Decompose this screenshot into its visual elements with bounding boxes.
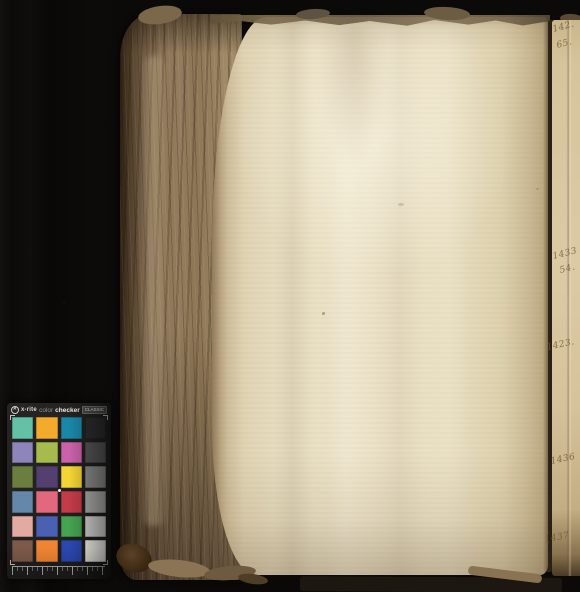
colorchecker-patch-neutral-3-5 [85, 442, 106, 464]
colorchecker-patch-blue-sky [12, 491, 33, 513]
page-stain [536, 188, 539, 190]
colorchecker-patch-neutral-8 [85, 516, 106, 538]
colorchecker-patch-yellow-green [36, 442, 57, 464]
colorchecker-patch-neutral-5 [85, 466, 106, 488]
colorchecker-word-color: color [39, 407, 53, 414]
registration-corner-mark [103, 560, 108, 565]
colorchecker-patch-neutral-6-5 [85, 491, 106, 513]
xrite-brand-text: x-rite [21, 407, 37, 413]
colorchecker-wordmark: colorchecker CLASSIC [39, 406, 107, 414]
page-stain [398, 203, 404, 206]
colorchecker-patch-purple [36, 466, 57, 488]
colorchecker-patch-purplish-blue [36, 516, 57, 538]
xrite-logo-icon [11, 406, 19, 414]
registration-corner-mark [10, 560, 15, 565]
colorchecker-patch-blue [61, 540, 82, 562]
colorchecker-patch-white [85, 540, 106, 562]
xrite-brand: x-rite [11, 406, 37, 414]
colorchecker-patch-orange [36, 540, 57, 562]
colorchecker-patch-moderate-red [36, 491, 57, 513]
colorchecker-patch-orange-yellow [36, 417, 57, 439]
colorchecker-patch-yellow [61, 466, 82, 488]
page-stain [322, 312, 325, 315]
registration-corner-mark [10, 415, 15, 420]
colorchecker-patch-light-skin [12, 516, 33, 538]
colorchecker-patch-green [61, 516, 82, 538]
colorchecker-card: x-rite colorchecker CLASSIC [7, 403, 111, 579]
colorchecker-patch-foliage [12, 466, 33, 488]
colorchecker-patch-magenta [61, 442, 82, 464]
registration-corner-mark [103, 415, 108, 420]
colorchecker-patch-bluish-green [12, 417, 33, 439]
page-shadow-band [322, 22, 384, 162]
colorchecker-patch-blue-flower [12, 442, 33, 464]
colorchecker-patch-dark-skin [12, 540, 33, 562]
photo-frame: 142. 65. 1433 54. 1423. 1436 1437 x-rite… [0, 0, 580, 592]
colorchecker-patch-black [85, 417, 106, 439]
colorchecker-patch-red [61, 491, 82, 513]
colorchecker-word-checker: checker [55, 407, 80, 414]
ruler-scale [12, 566, 105, 575]
colorchecker-patch-cyan [61, 417, 82, 439]
classic-badge: CLASSIC [82, 406, 107, 414]
next-page-edge [552, 20, 580, 576]
page-stack-highlight [140, 56, 168, 526]
registration-dot [58, 489, 61, 492]
colorchecker-header: x-rite colorchecker CLASSIC [11, 404, 107, 416]
